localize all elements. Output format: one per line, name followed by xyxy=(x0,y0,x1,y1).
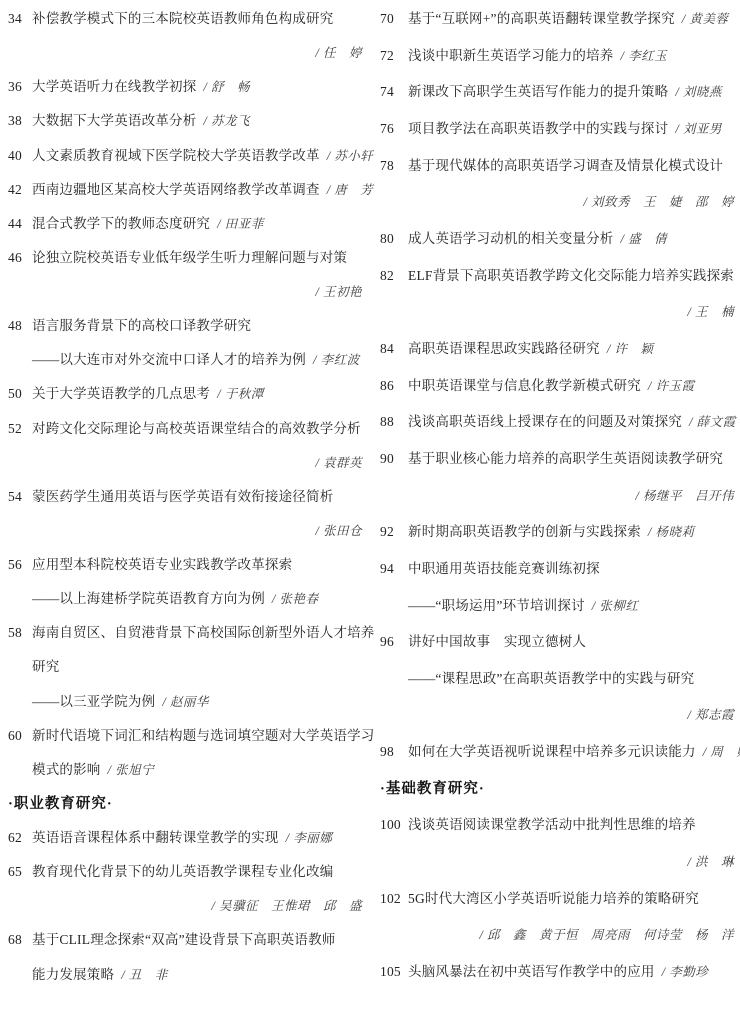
toc-entry: 90基于职业核心能力培养的高职学生英语阅读教学研究 xyxy=(380,450,736,487)
article-title-text: 浅谈英语阅读课堂教学活动中批判性思维的培养 xyxy=(408,816,696,834)
toc-author-line: / 袁群英 xyxy=(8,454,364,488)
article-title-text: 能力发展策略 xyxy=(32,966,114,984)
page-number: 56 xyxy=(8,556,32,574)
article-title-text: 基于现代媒体的高职英语学习调查及情景化模式设计 xyxy=(408,157,723,175)
article-title-text: 基于“互联网+”的高职英语翻转课堂教学探究 xyxy=(408,10,675,28)
page-number: 70 xyxy=(380,10,408,28)
toc-author-line: / 张田仓 xyxy=(8,522,364,556)
toc-column-right: 70基于“互联网+”的高职英语翻转课堂教学探究/ 黄美蓉72浅谈中职新生英语学习… xyxy=(374,10,736,1000)
author-name: / 李丽娜 xyxy=(286,829,333,846)
author-name: / 吴骥征 王惟珺 邱 盛 xyxy=(211,897,362,914)
article-title-text: 项目教学法在高职英语教学中的实践与探讨 xyxy=(408,120,668,138)
author-name: / 舒 畅 xyxy=(203,78,250,95)
page-number: 82 xyxy=(380,267,408,285)
author-name: / 王初艳 xyxy=(315,283,362,300)
toc-entry: 76项目教学法在高职英语教学中的实践与探讨/ 刘亚男 xyxy=(380,120,736,157)
author-name: / 李红波 xyxy=(313,351,360,368)
page-number: 78 xyxy=(380,157,408,175)
toc-author-line: / 邱 鑫 黄于恒 周亮雨 何诗莹 杨 洋 xyxy=(380,926,736,963)
article-subtitle-line: ——以三亚学院为例/ 赵丽华 xyxy=(8,693,364,727)
author-name: / 周 卿 xyxy=(703,743,740,760)
author-name: / 李红玉 xyxy=(621,47,668,64)
article-subtitle-line: ——“职场运用”环节培训探讨/ 张柳红 xyxy=(380,597,736,634)
article-title-text: ——以上海建桥学院英语教育方向为例 xyxy=(32,590,265,608)
journal-toc-page: { "toc": { "columns": [ { "name": "left"… xyxy=(0,0,740,1010)
toc-entry: 50关于大学英语教学的几点思考/ 于秋潭 xyxy=(8,385,364,419)
page-number: 34 xyxy=(8,10,32,28)
page-number: 68 xyxy=(8,931,32,949)
page-number: 90 xyxy=(380,450,408,468)
author-name: / 刘亚男 xyxy=(675,120,722,137)
author-name: / 薛文霞 xyxy=(689,413,736,430)
toc-entry: 70基于“互联网+”的高职英语翻转课堂教学探究/ 黄美蓉 xyxy=(380,10,736,47)
toc-entry: 105头脑风暴法在初中英语写作教学中的应用/ 李勤珍 xyxy=(380,963,736,1000)
article-title-text: ——以大连市对外交流中口译人才的培养为例 xyxy=(32,351,306,369)
article-title-text: 高职英语课程思政实践路径研究 xyxy=(408,340,600,358)
page-number: 65 xyxy=(8,863,32,881)
author-name: / 郑志霞 xyxy=(687,706,734,723)
page-number: 74 xyxy=(380,83,408,101)
article-title-text: 混合式教学下的教师态度研究 xyxy=(32,215,210,233)
article-subtitle-line: ——以大连市对外交流中口译人才的培养为例/ 李红波 xyxy=(8,351,364,385)
article-title-text: 英语语音课程体系中翻转课堂教学的实现 xyxy=(32,829,279,847)
article-title-text: 对跨文化交际理论与高校英语课堂结合的高效教学分析 xyxy=(32,420,361,438)
toc-column-left: 34补偿教学模式下的三本院校英语教师角色构成研究/ 任 婷36大学英语听力在线教… xyxy=(8,10,374,1000)
toc-author-line: / 王初艳 xyxy=(8,283,364,317)
author-name: / 黄美蓉 xyxy=(682,10,729,27)
page-number: 50 xyxy=(8,385,32,403)
author-name: / 苏小轩 xyxy=(327,147,374,164)
toc-entry: 98如何在大学英语视听说课程中培养多元识读能力/ 周 卿 xyxy=(380,743,736,780)
author-name: / 盛 倩 xyxy=(621,230,668,247)
toc-entry: 62英语语音课程体系中翻转课堂教学的实现/ 李丽娜 xyxy=(8,829,364,863)
toc-entry: 96讲好中国故事 实现立德树人 xyxy=(380,633,736,670)
page-number: 92 xyxy=(380,523,408,541)
article-title-text: 关于大学英语教学的几点思考 xyxy=(32,385,210,403)
toc-entry: 44混合式教学下的教师态度研究/ 田亚菲 xyxy=(8,215,364,249)
article-title-text: 论独立院校英语专业低年级学生听力理解问题与对策 xyxy=(32,249,347,267)
article-title-text: 应用型本科院校英语专业实践教学改革探索 xyxy=(32,556,292,574)
page-number: 105 xyxy=(380,963,408,981)
page-number: 80 xyxy=(380,230,408,248)
article-title-text: 大数据下大学英语改革分析 xyxy=(32,112,196,130)
page-number: 36 xyxy=(8,78,32,96)
toc-entry: 38大数据下大学英语改革分析/ 苏龙飞 xyxy=(8,112,364,146)
author-name: / 张田仓 xyxy=(315,522,362,539)
toc-entry: 1025G时代大湾区小学英语听说能力培养的策略研究 xyxy=(380,890,736,927)
page-number: 38 xyxy=(8,112,32,130)
title-continuation-line: 能力发展策略/ 丑 非 xyxy=(8,966,364,1000)
toc-entry: 36大学英语听力在线教学初探/ 舒 畅 xyxy=(8,78,364,112)
toc-entry: 40人文素质教育视域下医学院校大学英语教学改革/ 苏小轩 xyxy=(8,147,364,181)
title-continuation-line: 模式的影响/ 张旭宁 xyxy=(8,761,364,795)
article-title-text: 头脑风暴法在初中英语写作教学中的应用 xyxy=(408,963,655,981)
article-title-text: ——“职场运用”环节培训探讨 xyxy=(408,597,585,615)
toc-entry: 42西南边疆地区某高校大学英语网络教学改革调查/ 唐 芳 xyxy=(8,181,364,215)
article-title-text: 蒙医药学生通用英语与医学英语有效衔接途径简析 xyxy=(32,488,333,506)
toc-author-line: / 任 婷 xyxy=(8,44,364,78)
page-number: 72 xyxy=(380,47,408,65)
toc-entry: 60新时代语境下词汇和结构题与选词填空题对大学英语学习 xyxy=(8,727,364,761)
toc-page: 34补偿教学模式下的三本院校英语教师角色构成研究/ 任 婷36大学英语听力在线教… xyxy=(0,0,740,1010)
page-number: 58 xyxy=(8,624,32,642)
toc-entry: 72浅谈中职新生英语学习能力的培养/ 李红玉 xyxy=(380,47,736,84)
toc-author-line: / 吴骥征 王惟珺 邱 盛 xyxy=(8,897,364,931)
page-number: 98 xyxy=(380,743,408,761)
page-number: 42 xyxy=(8,181,32,199)
toc-entry: 58海南自贸区、自贸港背景下高校国际创新型外语人才培养 xyxy=(8,624,364,658)
article-subtitle-line: ——“课程思政”在高职英语教学中的实践与研究 xyxy=(380,670,736,707)
page-number: 62 xyxy=(8,829,32,847)
page-number: 100 xyxy=(380,816,408,834)
article-title-text: 研究 xyxy=(32,658,59,676)
author-name: / 杨晓莉 xyxy=(648,523,695,540)
toc-entry: 78基于现代媒体的高职英语学习调查及情景化模式设计 xyxy=(380,157,736,194)
page-number: 96 xyxy=(380,633,408,651)
page-number: 52 xyxy=(8,420,32,438)
toc-author-line: / 刘致秀 王 婕 邵 婷 xyxy=(380,193,736,230)
title-continuation-line: 研究 xyxy=(8,658,364,692)
page-number: 46 xyxy=(8,249,32,267)
author-name: / 洪 琳 xyxy=(687,853,734,870)
author-name: / 刘致秀 王 婕 邵 婷 xyxy=(583,193,734,210)
toc-entry: 100浅谈英语阅读课堂教学活动中批判性思维的培养 xyxy=(380,816,736,853)
article-title-text: ——“课程思政”在高职英语教学中的实践与研究 xyxy=(408,670,694,688)
author-name: / 张艳春 xyxy=(272,590,319,607)
author-name: / 于秋潭 xyxy=(217,385,264,402)
article-title-text: 中职通用英语技能竞赛训练初探 xyxy=(408,560,600,578)
article-title-text: 新时代语境下词汇和结构题与选词填空题对大学英语学习 xyxy=(32,727,375,745)
author-name: / 王 楠 xyxy=(687,303,734,320)
article-title-text: 中职英语课堂与信息化教学新模式研究 xyxy=(408,377,641,395)
toc-entry: 74新课改下高职学生英语写作能力的提升策略/ 刘晓燕 xyxy=(380,83,736,120)
article-title-text: 模式的影响 xyxy=(32,761,101,779)
author-name: / 丑 非 xyxy=(121,966,168,983)
article-title-text: 成人英语学习动机的相关变量分析 xyxy=(408,230,614,248)
page-number: 44 xyxy=(8,215,32,233)
article-title-text: 如何在大学英语视听说课程中培养多元识读能力 xyxy=(408,743,696,761)
author-name: / 杨继平 吕开伟 xyxy=(635,487,734,504)
author-name: / 李勤珍 xyxy=(662,963,709,980)
article-title-text: 5G时代大湾区小学英语听说能力培养的策略研究 xyxy=(408,890,699,908)
toc-entry: 68基于CLIL理念探索“双高”建设背景下高职英语教师 xyxy=(8,931,364,965)
toc-author-line: / 杨继平 吕开伟 xyxy=(380,487,736,524)
toc-entry: 65教育现代化背景下的幼儿英语教学课程专业化改编 xyxy=(8,863,364,897)
toc-entry: 52对跨文化交际理论与高校英语课堂结合的高效教学分析 xyxy=(8,420,364,454)
toc-entry: 94中职通用英语技能竞赛训练初探 xyxy=(380,560,736,597)
author-name: / 田亚菲 xyxy=(217,215,264,232)
toc-entry: 92新时期高职英语教学的创新与实践探索/ 杨晓莉 xyxy=(380,523,736,560)
article-title-text: 人文素质教育视域下医学院校大学英语教学改革 xyxy=(32,147,320,165)
toc-entry: 34补偿教学模式下的三本院校英语教师角色构成研究 xyxy=(8,10,364,44)
article-title-text: 基于职业核心能力培养的高职学生英语阅读教学研究 xyxy=(408,450,723,468)
author-name: / 邱 鑫 黄于恒 周亮雨 何诗莹 杨 洋 xyxy=(479,926,734,943)
author-name: / 赵丽华 xyxy=(162,693,209,710)
page-number: 94 xyxy=(380,560,408,578)
toc-author-line: / 郑志霞 xyxy=(380,706,736,743)
article-title-text: 新课改下高职学生英语写作能力的提升策略 xyxy=(408,83,668,101)
author-name: / 张柳红 xyxy=(592,597,639,614)
page-number: 102 xyxy=(380,890,408,908)
page-number: 84 xyxy=(380,340,408,358)
page-number: 48 xyxy=(8,317,32,335)
author-name: / 许玉霞 xyxy=(648,377,695,394)
article-title-text: 西南边疆地区某高校大学英语网络教学改革调查 xyxy=(32,181,320,199)
page-number: 86 xyxy=(380,377,408,395)
author-name: / 刘晓燕 xyxy=(675,83,722,100)
toc-entry: 84高职英语课程思政实践路径研究/ 许 颖 xyxy=(380,340,736,377)
author-name: / 张旭宁 xyxy=(108,761,155,778)
page-number: 76 xyxy=(380,120,408,138)
toc-entry: 56应用型本科院校英语专业实践教学改革探索 xyxy=(8,556,364,590)
author-name: / 许 颖 xyxy=(607,340,654,357)
author-name: / 任 婷 xyxy=(315,44,362,61)
article-title-text: ——以三亚学院为例 xyxy=(32,693,155,711)
toc-entry: 48语言服务背景下的高校口译教学研究 xyxy=(8,317,364,351)
article-title-text: 教育现代化背景下的幼儿英语教学课程专业化改编 xyxy=(32,863,333,881)
article-title-text: 补偿教学模式下的三本院校英语教师角色构成研究 xyxy=(32,10,333,28)
page-number: 54 xyxy=(8,488,32,506)
page-number: 40 xyxy=(8,147,32,165)
article-title-text: 语言服务背景下的高校口译教学研究 xyxy=(32,317,251,335)
toc-entry: 46论独立院校英语专业低年级学生听力理解问题与对策 xyxy=(8,249,364,283)
toc-entry: 80成人英语学习动机的相关变量分析/ 盛 倩 xyxy=(380,230,736,267)
article-title-text: 基于CLIL理念探索“双高”建设背景下高职英语教师 xyxy=(32,931,335,949)
article-title-text: 浅谈中职新生英语学习能力的培养 xyxy=(408,47,614,65)
page-number: 88 xyxy=(380,413,408,431)
section-header: ·基础教育研究· xyxy=(380,780,736,817)
toc-entry: 54蒙医药学生通用英语与医学英语有效衔接途径简析 xyxy=(8,488,364,522)
article-title-text: ELF背景下高职英语教学跨文化交际能力培养实践探索 xyxy=(408,267,734,285)
article-subtitle-line: ——以上海建桥学院英语教育方向为例/ 张艳春 xyxy=(8,590,364,624)
article-title-text: 浅谈高职英语线上授课存在的问题及对策探究 xyxy=(408,413,682,431)
toc-author-line: / 王 楠 xyxy=(380,303,736,340)
article-title-text: 海南自贸区、自贸港背景下高校国际创新型外语人才培养 xyxy=(32,624,375,642)
toc-author-line: / 洪 琳 xyxy=(380,853,736,890)
page-number: 60 xyxy=(8,727,32,745)
section-header: ·职业教育研究· xyxy=(8,795,364,829)
article-title-text: 新时期高职英语教学的创新与实践探索 xyxy=(408,523,641,541)
toc-entry: 88浅谈高职英语线上授课存在的问题及对策探究/ 薛文霞 xyxy=(380,413,736,450)
author-name: / 袁群英 xyxy=(315,454,362,471)
author-name: / 苏龙飞 xyxy=(203,112,250,129)
article-title-text: 讲好中国故事 实现立德树人 xyxy=(408,633,586,651)
article-title-text: 大学英语听力在线教学初探 xyxy=(32,78,196,96)
author-name: / 唐 芳 xyxy=(327,181,374,198)
toc-entry: 86中职英语课堂与信息化教学新模式研究/ 许玉霞 xyxy=(380,377,736,414)
toc-entry: 82ELF背景下高职英语教学跨文化交际能力培养实践探索 xyxy=(380,267,736,304)
